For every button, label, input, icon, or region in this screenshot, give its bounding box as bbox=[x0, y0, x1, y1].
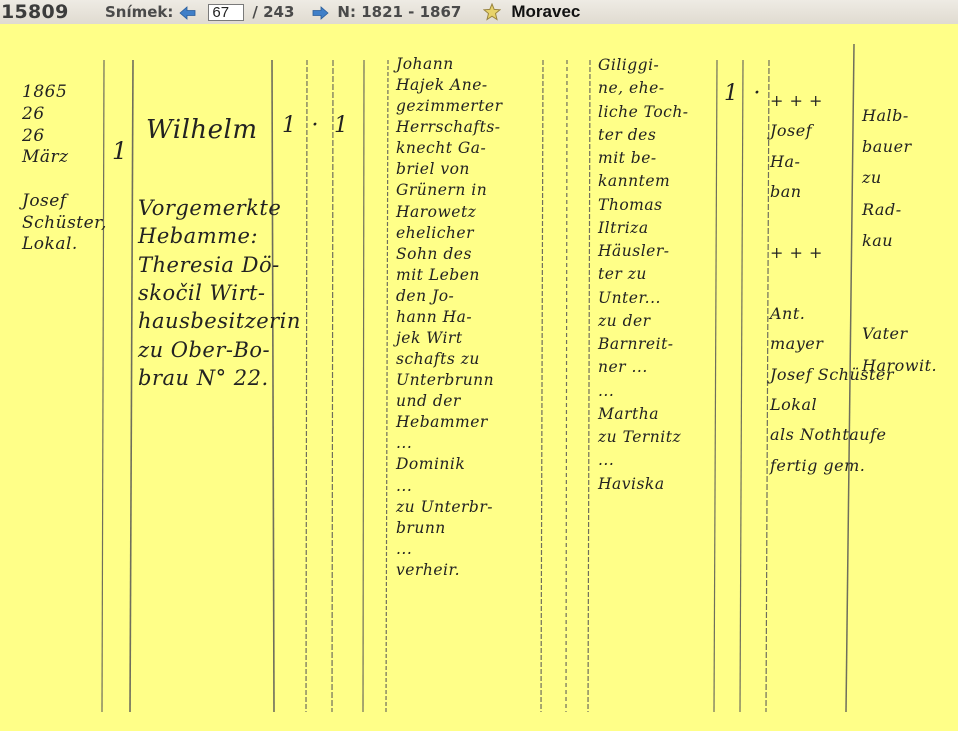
parish-name: Moravec bbox=[511, 2, 580, 22]
father-column-text: Johann Hajek Ane- gezimmerter Herrschaft… bbox=[396, 54, 503, 581]
child-name-text: Wilhelm bbox=[146, 114, 258, 147]
mother-column-text: Giliggi- ne, ehe- liche Toch- ter des mi… bbox=[598, 54, 689, 496]
total-frames: / 243 bbox=[252, 3, 294, 21]
register-scan-image: 1865 26 26 März Josef Schüster, Lokal. 1… bbox=[0, 24, 958, 731]
arrow-right-icon[interactable] bbox=[312, 5, 329, 19]
religion-sex-marks: 1 · 1 bbox=[282, 112, 348, 140]
frame-navigation-bar: 15809 Snímek: / 243 N: 1821 - 1867 Morav… bbox=[0, 0, 958, 24]
record-id: 15809 bbox=[1, 1, 105, 23]
arrow-left-icon[interactable] bbox=[179, 5, 196, 19]
frame-label: Snímek: bbox=[105, 3, 173, 21]
date-column-text: 1865 26 26 März Josef Schüster, Lokal. bbox=[22, 82, 107, 256]
house-number-text: 1 bbox=[112, 136, 128, 167]
star-icon[interactable] bbox=[483, 3, 501, 21]
column-mark: 1 · bbox=[724, 80, 761, 108]
remarks-column-text: Halb- bauer zu Rad- kau Vater Harowit. bbox=[862, 100, 937, 381]
child-note-text: Vorgemerkte Hebamme: Theresia Dö- skočil… bbox=[138, 194, 301, 392]
year-range: N: 1821 - 1867 bbox=[337, 3, 461, 21]
frame-number-input[interactable] bbox=[208, 4, 244, 21]
